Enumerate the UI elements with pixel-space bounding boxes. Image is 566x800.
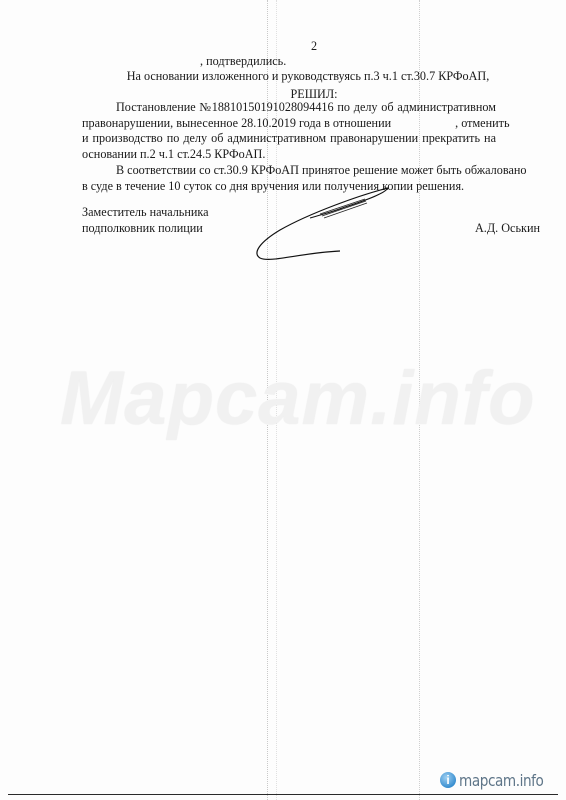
signer-rank-line: подполковник полиции <box>82 221 209 237</box>
signer-position-line: Заместитель начальника <box>82 205 209 221</box>
info-icon: i <box>440 772 456 788</box>
basis-line: На основании изложенного и руководствуяс… <box>0 68 566 84</box>
paragraph-line: В соответствии со ст.30.9 КРФоАП принято… <box>82 163 496 179</box>
document-page: Mapcam.info 2 , подтвердились. На основа… <box>0 0 566 800</box>
paragraph-line: и производство по делу об административн… <box>82 131 496 147</box>
watermark: Mapcam.info <box>60 355 536 442</box>
bottom-rule <box>8 794 558 795</box>
signer-position: Заместитель начальника подполковник поли… <box>82 205 209 236</box>
logo-text: mapcam.info <box>459 771 543 790</box>
confirmed-line: , подтвердились. <box>200 53 286 69</box>
paragraph-line: Постановление №18810150191028094416 по д… <box>82 100 496 116</box>
decision-paragraph: Постановление №18810150191028094416 по д… <box>82 100 496 162</box>
paragraph-line: основании п.2 ч.1 ст.24.5 КРФоАП. <box>82 147 496 163</box>
signer-name: А.Д. Оськин <box>475 221 540 236</box>
page-number: 2 <box>0 38 566 54</box>
signature <box>250 185 400 265</box>
paragraph-line: правонарушении, вынесенное 28.10.2019 го… <box>82 116 496 132</box>
mapcam-logo[interactable]: i mapcam.info <box>440 769 558 791</box>
